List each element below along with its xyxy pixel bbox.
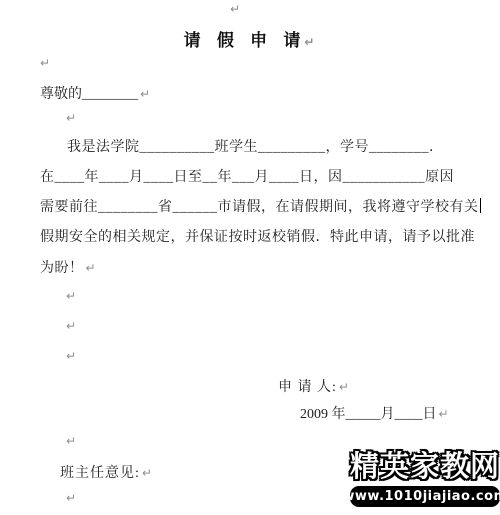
body-line-4-text: 假期安全的相关规定，并保证按时返校销假．特此申请，请予以批准 [40,230,475,245]
teacher-opinion-label: 班主任意见: [60,466,140,481]
body-line-3-text: 需要前往________省______市请假，在请假期间，我将遵守学校有关 [40,200,479,215]
body-line-5-text: 为盼！ [40,261,84,276]
paragraph-mark-icon: ↵ [66,350,76,362]
body-line-5: 为盼！↵ [40,253,462,283]
salutation-line: 尊敬的________↵ [40,83,150,103]
paragraph-mark-icon: ↵ [66,492,76,504]
paragraph-mark-icon: ↵ [66,290,76,302]
body-line-4: 假期安全的相关规定，并保证按时返校销假．特此申请，请予以批准 [40,223,462,253]
watermark-site-name: 精英家教网 [350,447,500,485]
paragraph-mark-icon: ↵ [339,380,350,394]
paragraph-mark-icon: ↵ [304,35,316,49]
watermark: 精英家教网 www.1010jiajiao.com [350,447,500,507]
teacher-opinion-line: 班主任意见:↵ [60,462,153,482]
document-page: ↵ ↵ ↵ ↵ ↵ ↵ ↵ ↵ 请 假 申 请↵ 尊敬的________↵ 我是… [0,0,500,515]
paragraph-mark-icon: ↵ [66,435,76,447]
paragraph-mark-icon: ↵ [66,112,76,124]
date-line: 2009 年_____月____日↵ [300,403,449,423]
date-text: 2009 年_____月____日 [300,407,437,422]
text-cursor [480,198,482,213]
body-line-2-text: 在____年____月____日至__年___月____日，因_________… [40,170,454,185]
document-title-line: 请 假 申 请↵ [0,26,500,51]
body-paragraph: 我是法学院__________班学生_________，学号________． … [40,133,462,283]
paragraph-mark-icon: ↵ [86,261,97,275]
paragraph-mark-icon: ↵ [142,466,153,480]
paragraph-mark-icon: ↵ [140,87,150,101]
paragraph-mark-icon: ↵ [230,3,240,15]
paragraph-mark-icon: ↵ [40,57,50,69]
paragraph-mark-icon: ↵ [439,407,449,421]
body-line-3: 需要前往________省______市请假，在请假期间，我将遵守学校有关 [40,193,462,223]
applicant-line: 申 请 人:↵ [278,376,350,396]
paragraph-mark-icon: ↵ [66,320,76,332]
body-line-1-text: 我是法学院__________班学生_________，学号________． [67,140,444,155]
body-line-2: 在____年____月____日至__年___月____日，因_________… [40,163,462,193]
salutation-text: 尊敬的________ [40,87,138,102]
page-title: 请 假 申 请 [184,31,303,50]
applicant-label: 申 请 人: [278,380,337,395]
body-line-1: 我是法学院__________班学生_________，学号________． [40,133,462,163]
watermark-site-url: www.1010jiajiao.com [350,486,500,507]
